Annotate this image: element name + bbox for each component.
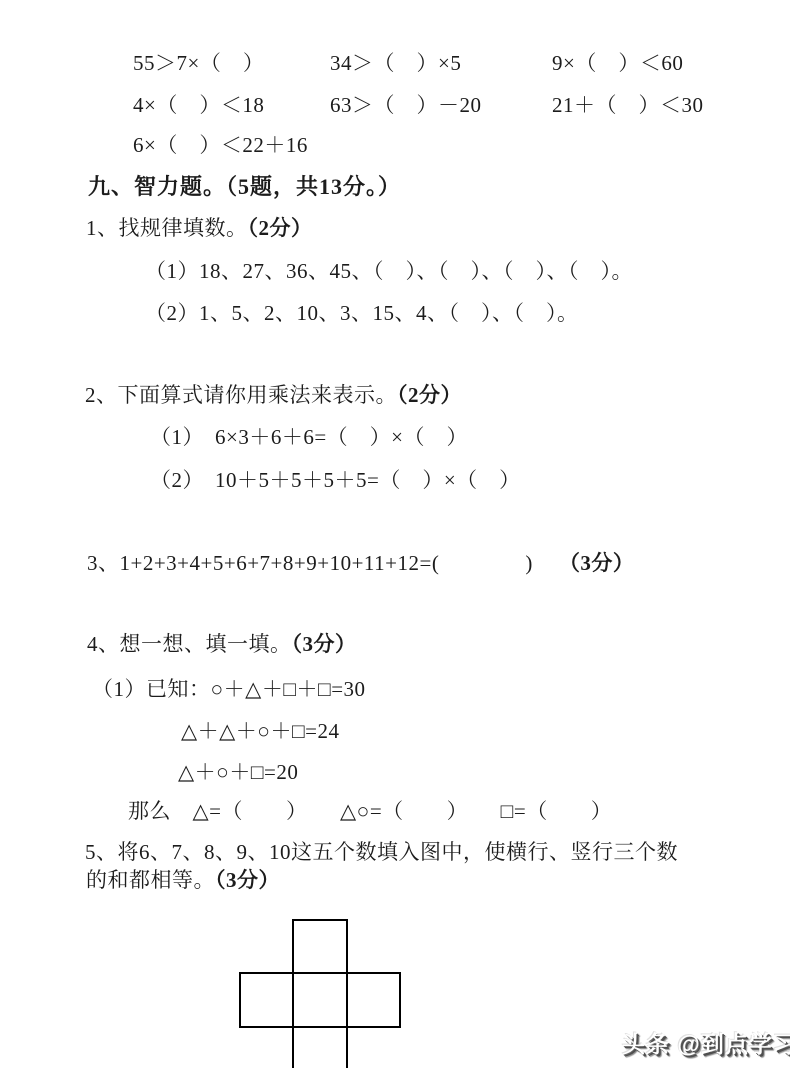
- question-5-score: （3分）: [215, 868, 280, 892]
- watermark-text: 头条 @到点学习: [622, 1026, 790, 1059]
- question-1-item-1: （1）18、27、36、45、（ ）、（ ）、（ ）、（ ）。: [145, 259, 633, 283]
- question-2-item-2: （2） 10＋5＋5＋5＋5=（ ）×（ ）: [150, 468, 521, 492]
- question-1-score: （2分）: [248, 216, 313, 240]
- question-4-label: 4、想一想、填一填。: [87, 632, 292, 656]
- cross-grid-diagram: [239, 918, 401, 1068]
- question-3-title: 3、1+2+3+4+5+6+7+8+9+10+11+12=( )（3分）: [87, 551, 634, 575]
- question-5-text-line-1: 5、将6、7、8、9、10这五个数填入图中，使横行、竖行三个数: [85, 840, 678, 864]
- question-1-title: 1、找规律填数。（2分）: [86, 216, 313, 240]
- question-2-label: 2、下面算式请你用乘法来表示。: [85, 383, 397, 407]
- question-2-score: （2分）: [397, 383, 462, 407]
- question-4-given-equation-2: △＋△＋○＋□=24: [181, 719, 340, 743]
- question-5-text-line-2: 的和都相等。（3分）: [86, 868, 280, 892]
- inequality-expression: 21＋（ ）＜30: [552, 93, 704, 117]
- section-title: 九、智力题。（5题，共13分。）: [88, 175, 401, 199]
- question-1-label: 1、找规律填数。: [86, 216, 248, 240]
- inequality-expression: 4×（ ）＜18: [133, 93, 264, 117]
- inequality-expression: 34＞（ ）×5: [330, 51, 461, 75]
- question-4-given-equation-3: △＋○＋□=20: [178, 760, 298, 784]
- question-2-item-1: （1） 6×3＋6＋6=（ ）×（ ）: [150, 425, 468, 449]
- inequality-expression: 63＞（ ）－20: [330, 93, 482, 117]
- question-4-title: 4、想一想、填一填。（3分）: [87, 632, 357, 656]
- worksheet-page: 55＞7×（ ） 34＞（ ）×5 9×（ ）＜60 4×（ ）＜18 63＞（…: [0, 0, 790, 1068]
- inequality-expression: 9×（ ）＜60: [552, 51, 683, 75]
- question-5-label: 的和都相等。: [86, 868, 215, 892]
- question-4-given-equation-1: （1）已知：○＋△＋□＋□=30: [92, 677, 366, 701]
- question-1-item-2: （2）1、5、2、10、3、15、4、（ ）、（ ）。: [145, 301, 579, 325]
- question-3-score: （3分）: [533, 551, 635, 575]
- question-3-expression: 3、1+2+3+4+5+6+7+8+9+10+11+12=( ): [87, 551, 533, 575]
- inequality-row-3: 6×（ ）＜22＋16: [133, 133, 308, 157]
- question-2-title: 2、下面算式请你用乘法来表示。（2分）: [85, 383, 462, 407]
- inequality-expression: 55＞7×（ ）: [133, 51, 264, 75]
- question-4-score: （3分）: [292, 632, 357, 656]
- question-4-conclusion: 那么 △=（ ） △○=（ ） □=（ ）: [128, 799, 612, 823]
